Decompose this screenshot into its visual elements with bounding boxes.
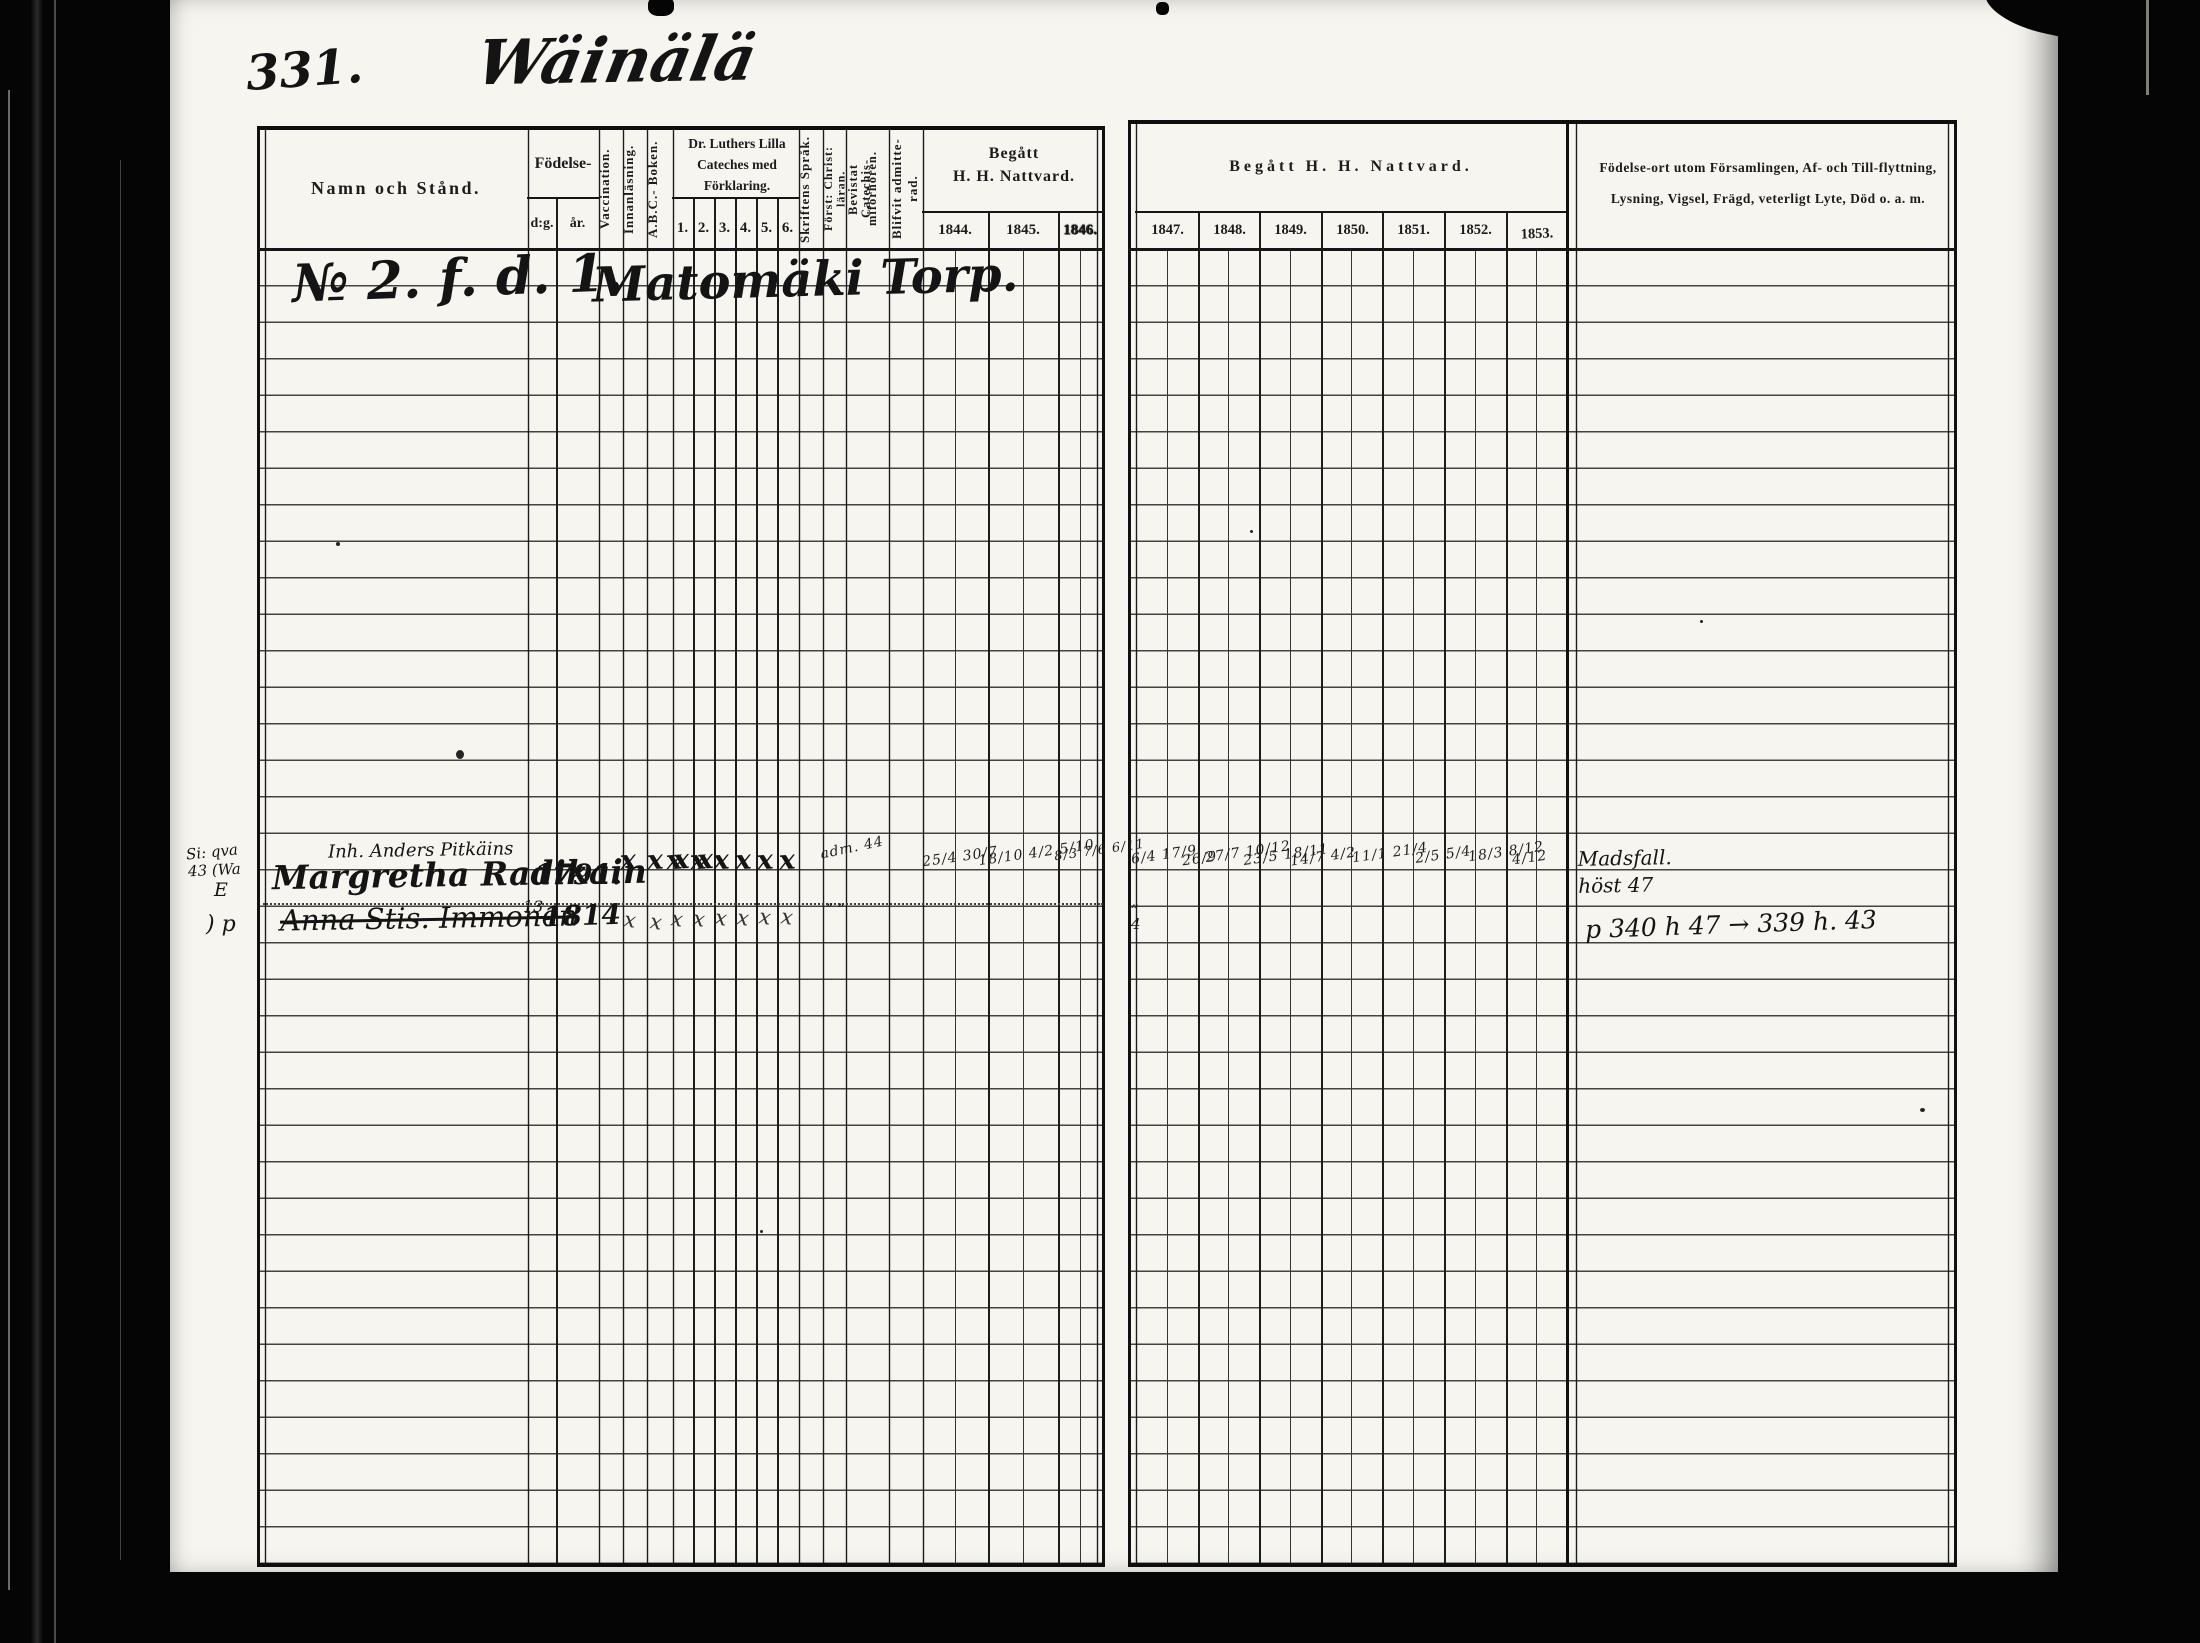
col-header-blifvit-line2: rad. [906, 132, 923, 246]
entry2-birth-year: 1814 [542, 898, 621, 934]
fodelse-split-line [527, 197, 599, 199]
year-1844: 1844. [924, 222, 986, 239]
year-1847: 1847. [1137, 222, 1198, 239]
col-header-cateches: Dr. Luthers Lilla Cateches med Förklarin… [676, 134, 798, 197]
grid-vlines-right-years [1198, 212, 1200, 1566]
year-1853: 1853. [1507, 225, 1568, 244]
col-header-namn-och-stand: Namn och Stånd. [266, 178, 526, 199]
right-table-top-border [1128, 120, 1957, 124]
film-border-right [2058, 0, 2200, 1643]
col-header-ar: år. [557, 216, 598, 232]
year-1850: 1850. [1322, 222, 1383, 239]
col-header-bevistat-line2: miförhören. [866, 132, 886, 246]
margin-note-row2: ) p [206, 912, 236, 937]
film-scratch-1 [8, 90, 10, 1590]
film-border-left [0, 0, 170, 1643]
film-smear [30, 0, 44, 1643]
col-header-nattvard-left-line2: H. H. Nattvard. [925, 168, 1103, 186]
left-years-split-line [922, 211, 1104, 213]
year-1851: 1851. [1383, 222, 1444, 239]
left-table-top-border [257, 126, 1105, 130]
entry2-name: Anna Stis. Immonen [280, 898, 578, 937]
entry1-mark-abc: x [646, 844, 664, 876]
entry1-mark-cateches1: xx [665, 845, 681, 877]
margin-note-2: 43 (Wa [188, 860, 242, 881]
col-header-info-column: Födelse-ort utom Församlingen, Af- och T… [1593, 152, 1943, 214]
page-title: Wäinälä [470, 22, 762, 100]
grid-vlines-left-mid [955, 250, 956, 1566]
cateches-col-6: 6. [777, 220, 798, 237]
margin-note-3: E [214, 879, 228, 901]
col-header-forsta-christ: Först: Christ: läran. [822, 132, 845, 246]
year-1852: 1852. [1445, 222, 1506, 239]
year-1848: 1848. [1199, 222, 1260, 239]
cateches-split-line [672, 197, 799, 199]
entry2-admitted-note: „ „ [826, 893, 845, 909]
col-header-fodelse: Födelse- [528, 155, 598, 173]
ink-speck-5 [1700, 620, 1703, 623]
scanned-church-record: 331. Wäinälä Namn och Stånd. Födelse- d:… [0, 0, 2200, 1643]
grid-vlines-right-mid [1167, 250, 1168, 1566]
left-table-bottom-border [257, 1563, 1105, 1567]
ink-speck-1 [456, 750, 464, 759]
film-scratch-3 [120, 160, 121, 1560]
cateches-col-2: 2. [693, 220, 714, 237]
ink-speck-6 [760, 1230, 763, 1233]
cateches-col-1: 1. [672, 220, 693, 237]
film-border-bottom [0, 1572, 2200, 1643]
ink-speck-3 [1250, 530, 1253, 533]
entry1-mark-cateches6: x [778, 844, 796, 876]
cateches-col-5: 5. [756, 220, 777, 237]
grid-vlines-left-full [257, 128, 260, 1566]
right-header-bottom-line [1128, 248, 1957, 251]
col-header-nattvard-left-line1: Begått [925, 145, 1103, 163]
col-header-skriftens-sprak: Skriftens Språk. [798, 132, 822, 246]
year-1849: 1849. [1260, 222, 1321, 239]
entry1-mark-cateches5: x [756, 844, 774, 876]
col-header-innanlasning: Innanläsning. [622, 132, 646, 246]
year-1846: 1846. [1058, 222, 1102, 239]
entry2-communion-note: „ 4 [1131, 890, 1141, 935]
ink-speck-4 [1920, 1108, 1925, 1112]
ink-speck-2 [336, 542, 340, 546]
ink-blob-top-2 [1156, 2, 1169, 15]
entry1-mark-cateches2: xx [689, 845, 705, 877]
film-scratch-2 [54, 0, 56, 1643]
entry1-mark-cateches4: x [734, 844, 752, 876]
entry1-info-note: Madsfall. höst 47 [1578, 844, 1673, 900]
col-header-nattvard-right: Begått H. H. Nattvard. [1136, 158, 1566, 176]
year-1845: 1845. [990, 222, 1056, 239]
right-years-split-line [1135, 211, 1567, 213]
cateches-col-4: 4. [735, 220, 756, 237]
entry1-mark-cateches3: x [712, 844, 730, 876]
col-header-vaccination: Vaccination. [598, 132, 622, 246]
entry1-birth-year: 1791. [534, 858, 622, 891]
col-header-bevistat-line1: Bevistat Catechis- [847, 132, 867, 246]
section-heading-number: № 2. f. d. 1. [291, 242, 624, 315]
ink-blob-top-1 [648, 0, 674, 16]
page-number: 331. [244, 38, 365, 102]
col-header-dag: d:g. [527, 216, 557, 232]
film-scratch-right [2146, 0, 2149, 95]
section-heading-name: Matomäki Torp. [591, 246, 1019, 313]
right-table-bottom-border [1128, 1563, 1957, 1567]
col-header-abc-boken: A.B.C.- Boken. [646, 132, 672, 246]
cateches-col-3: 3. [714, 220, 735, 237]
grid-vlines-left-years [988, 212, 990, 1566]
